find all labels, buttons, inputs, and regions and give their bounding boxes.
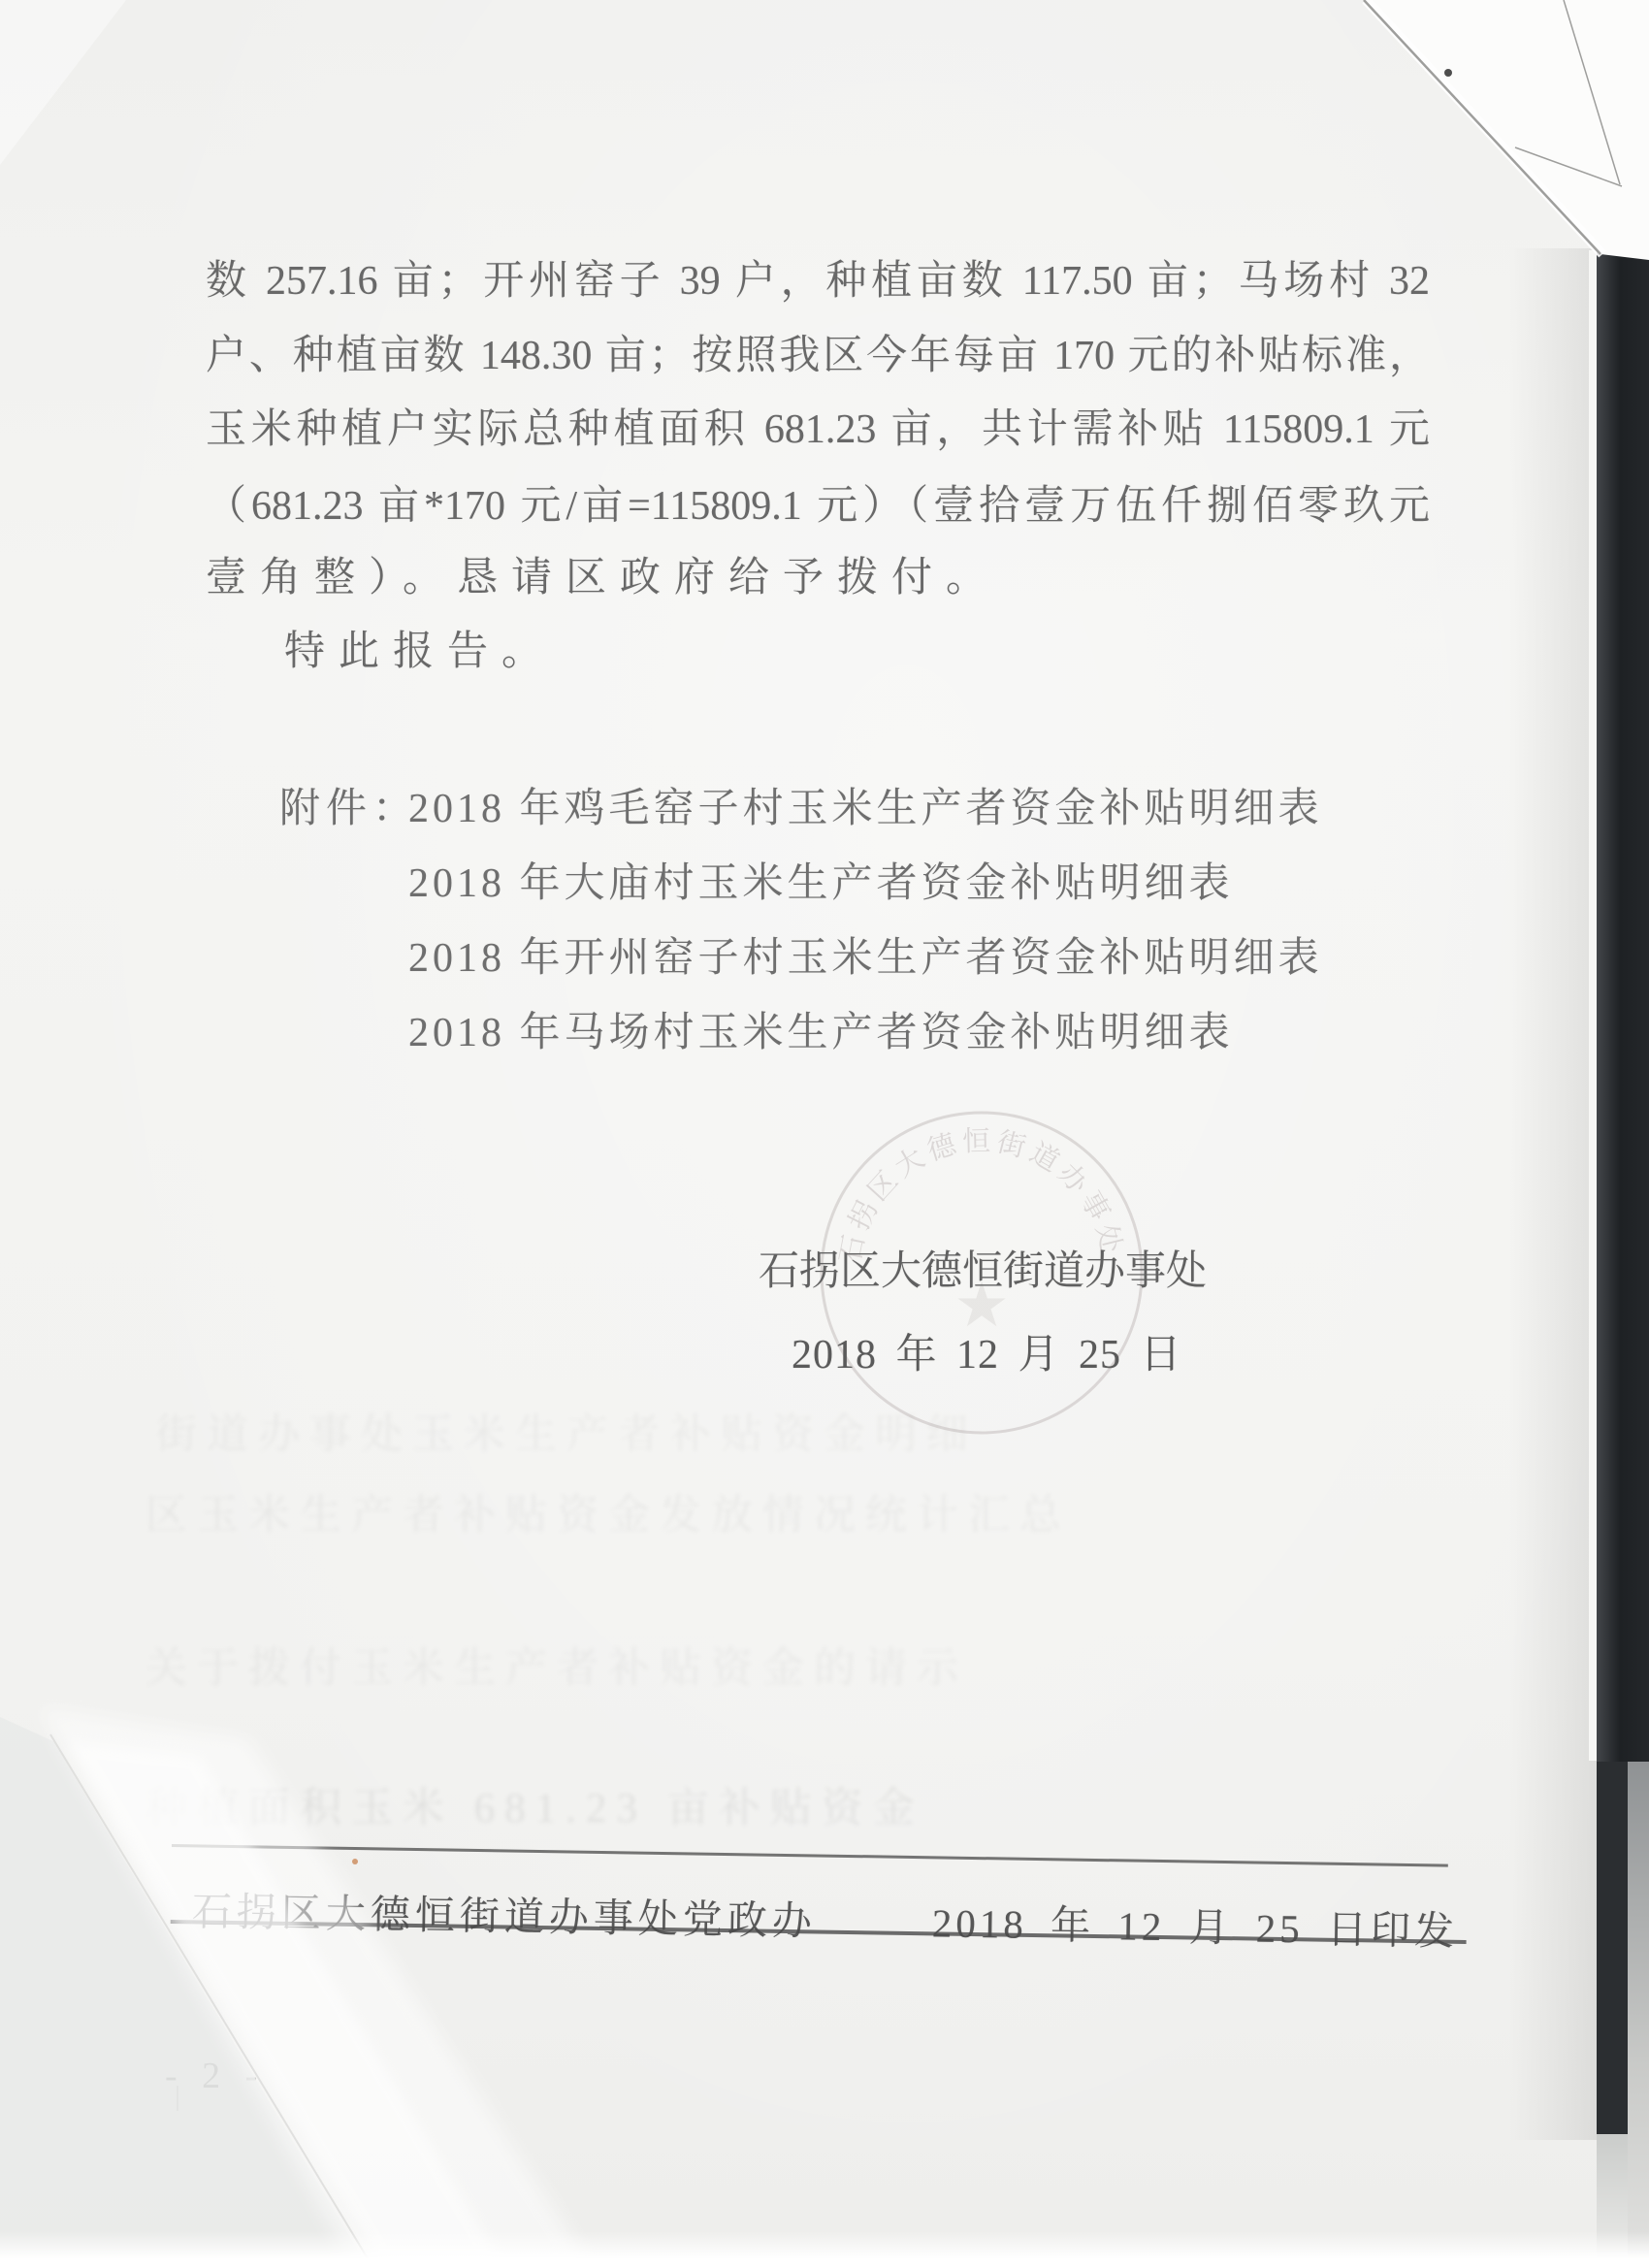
right-edge-shadow [1509,248,1597,2140]
attachments-label: 附件： [279,776,419,834]
bottom-left-fold [0,1649,698,2268]
paper-edge-gap [1589,250,1597,1761]
scan-bottom-edge [0,2231,1649,2268]
bleedthrough-row: 区玉米生产者补贴资金发放情况统计汇总 [145,1482,1071,1541]
body-line: （681.23 亩*170 元/亩=115809.1 元）（壹拾壹万伍仟捌佰零玖… [206,473,1430,532]
scanned-document-page: 街道办事处玉米生产者补贴资金明细 区玉米生产者补贴资金发放情况统计汇总 关于拨付… [0,0,1649,2268]
attachment-item: 2018 年马场村玉米生产者资金补贴明细表 [408,1000,1234,1058]
footer-print-date: 2018 年 12 月 25 日印发 [931,1891,1458,1957]
attachment-item: 2018 年大庙村玉米生产者资金补贴明细表 [408,851,1234,909]
body-line: 户、种植亩数 148.30 亩；按照我区今年每亩 170 元的补贴标准， [206,323,1430,381]
scanner-dark-strip [1597,248,1649,1762]
body-line: 壹角整）。恳请区政府给予拨付。 [206,545,1000,603]
attachment-item: 2018 年鸡毛窑子村玉米生产者资金补贴明细表 [408,776,1323,834]
attachment-item: 2018 年开州窑子村玉米生产者资金补贴明细表 [408,925,1323,984]
body-line: 数 257.16 亩；开州窑子 39 户，种植亩数 117.50 亩；马场村 3… [206,248,1430,307]
scanner-dark-strip-lower [1597,1762,1628,2134]
top-left-corner-sheen [0,0,126,165]
body-line: 玉米种植户实际总种植面积 681.23 亩，共计需补贴 115809.1 元 [206,397,1430,455]
issue-date: 2018 年 12 月 25 日 [792,1322,1182,1380]
closing-phrase: 特此报告。 [284,619,556,677]
scanner-strip-shadow [1628,1762,1649,2268]
edge-speck [1444,69,1452,77]
top-right-page-corner [1358,0,1649,264]
issuing-office: 石拐区大德恒街道办事处 [759,1239,1207,1297]
